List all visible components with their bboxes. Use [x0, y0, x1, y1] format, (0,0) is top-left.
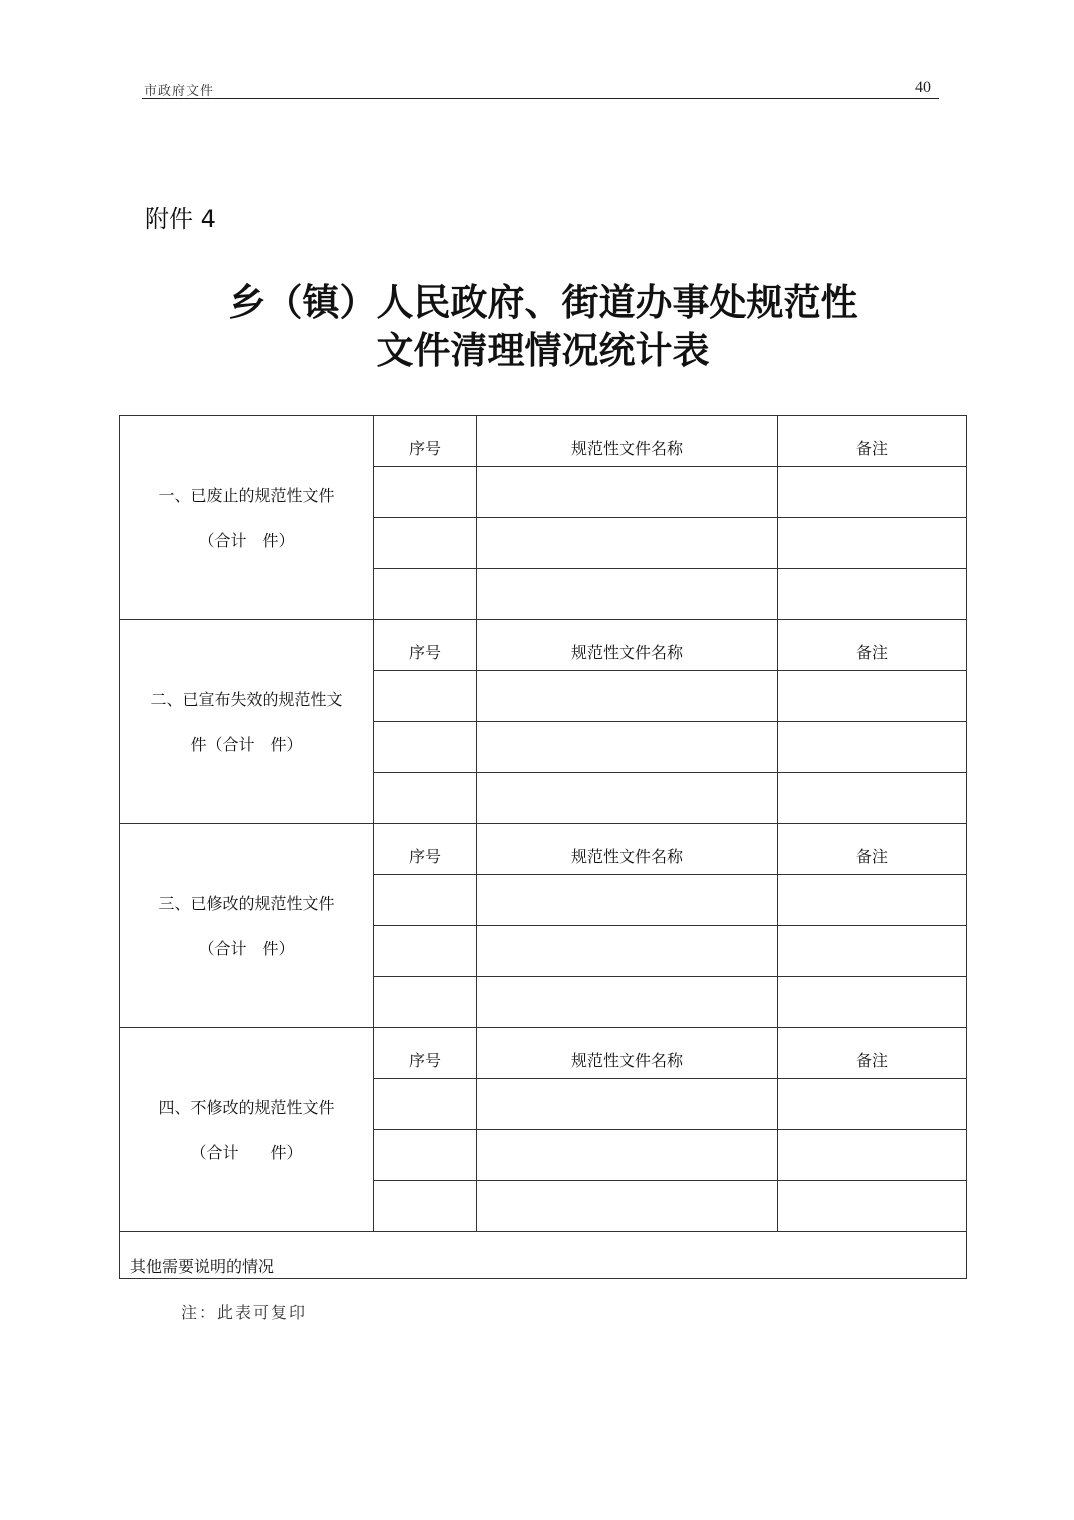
serial-cell[interactable] — [374, 1181, 477, 1232]
section-label-line2: （合计 件） — [128, 926, 365, 971]
column-header-document-name: 规范性文件名称 — [477, 1028, 778, 1079]
document-name-cell[interactable] — [477, 671, 778, 722]
page-header: 市政府文件 40 — [142, 78, 939, 99]
statistics-table: 一、已废止的规范性文件 （合计 件） 序号 规范性文件名称 备注 二、已宣布失效… — [119, 415, 967, 1279]
section-label-abolished: 一、已废止的规范性文件 （合计 件） — [120, 416, 374, 620]
serial-cell[interactable] — [374, 875, 477, 926]
column-header-serial: 序号 — [374, 824, 477, 875]
document-name-cell[interactable] — [477, 518, 778, 569]
document-name-cell[interactable] — [477, 875, 778, 926]
serial-cell[interactable] — [374, 1130, 477, 1181]
remarks-cell[interactable] — [778, 977, 967, 1028]
serial-cell[interactable] — [374, 518, 477, 569]
document-name-cell[interactable] — [477, 773, 778, 824]
document-title-line1: 乡（镇）人民政府、街道办事处规范性 — [6, 278, 1074, 326]
section-label-line2: （合计 件） — [128, 1130, 365, 1175]
column-header-remarks: 备注 — [778, 824, 967, 875]
section-label-line1: 四、不修改的规范性文件 — [128, 1085, 365, 1130]
other-notes-label: 其他需要说明的情况 — [130, 1257, 274, 1276]
table-header-row: 三、已修改的规范性文件 （合计 件） 序号 规范性文件名称 备注 — [120, 824, 967, 875]
remarks-cell[interactable] — [778, 1181, 967, 1232]
remarks-cell[interactable] — [778, 1130, 967, 1181]
document-name-cell[interactable] — [477, 1181, 778, 1232]
section-label-line2: 件（合计 件） — [128, 722, 365, 767]
header-title: 市政府文件 — [144, 80, 214, 99]
other-notes-row: 其他需要说明的情况 — [120, 1232, 967, 1279]
remarks-cell[interactable] — [778, 518, 967, 569]
section-label-line1: 一、已废止的规范性文件 — [128, 473, 365, 518]
table-header-row: 二、已宣布失效的规范性文 件（合计 件） 序号 规范性文件名称 备注 — [120, 620, 967, 671]
serial-cell[interactable] — [374, 926, 477, 977]
column-header-remarks: 备注 — [778, 620, 967, 671]
remarks-cell[interactable] — [778, 722, 967, 773]
section-label-line1: 二、已宣布失效的规范性文 — [128, 677, 365, 722]
section-label-invalidated: 二、已宣布失效的规范性文 件（合计 件） — [120, 620, 374, 824]
serial-cell[interactable] — [374, 569, 477, 620]
serial-cell[interactable] — [374, 467, 477, 518]
remarks-cell[interactable] — [778, 467, 967, 518]
other-notes-cell[interactable]: 其他需要说明的情况 — [120, 1232, 967, 1279]
column-header-document-name: 规范性文件名称 — [477, 620, 778, 671]
section-label-line2: （合计 件） — [128, 518, 365, 563]
remarks-cell[interactable] — [778, 773, 967, 824]
remarks-cell[interactable] — [778, 875, 967, 926]
document-name-cell[interactable] — [477, 1130, 778, 1181]
column-header-serial: 序号 — [374, 1028, 477, 1079]
page-number: 40 — [915, 79, 931, 97]
table-header-row: 四、不修改的规范性文件 （合计 件） 序号 规范性文件名称 备注 — [120, 1028, 967, 1079]
document-name-cell[interactable] — [477, 977, 778, 1028]
remarks-cell[interactable] — [778, 926, 967, 977]
attachment-label: 附件 4 — [145, 199, 216, 234]
remarks-cell[interactable] — [778, 671, 967, 722]
column-header-document-name: 规范性文件名称 — [477, 416, 778, 467]
document-name-cell[interactable] — [477, 926, 778, 977]
column-header-remarks: 备注 — [778, 1028, 967, 1079]
section-label-line1: 三、已修改的规范性文件 — [128, 881, 365, 926]
footnote: 注：此表可复印 — [181, 1300, 307, 1323]
column-header-serial: 序号 — [374, 620, 477, 671]
column-header-document-name: 规范性文件名称 — [477, 824, 778, 875]
document-title-line2: 文件清理情况统计表 — [6, 326, 1074, 374]
serial-cell[interactable] — [374, 977, 477, 1028]
section-label-unmodified: 四、不修改的规范性文件 （合计 件） — [120, 1028, 374, 1232]
column-header-serial: 序号 — [374, 416, 477, 467]
remarks-cell[interactable] — [778, 1079, 967, 1130]
document-name-cell[interactable] — [477, 722, 778, 773]
column-header-remarks: 备注 — [778, 416, 967, 467]
serial-cell[interactable] — [374, 671, 477, 722]
serial-cell[interactable] — [374, 773, 477, 824]
table-header-row: 一、已废止的规范性文件 （合计 件） 序号 规范性文件名称 备注 — [120, 416, 967, 467]
document-name-cell[interactable] — [477, 467, 778, 518]
serial-cell[interactable] — [374, 1079, 477, 1130]
remarks-cell[interactable] — [778, 569, 967, 620]
section-label-modified: 三、已修改的规范性文件 （合计 件） — [120, 824, 374, 1028]
document-name-cell[interactable] — [477, 1079, 778, 1130]
document-name-cell[interactable] — [477, 569, 778, 620]
serial-cell[interactable] — [374, 722, 477, 773]
